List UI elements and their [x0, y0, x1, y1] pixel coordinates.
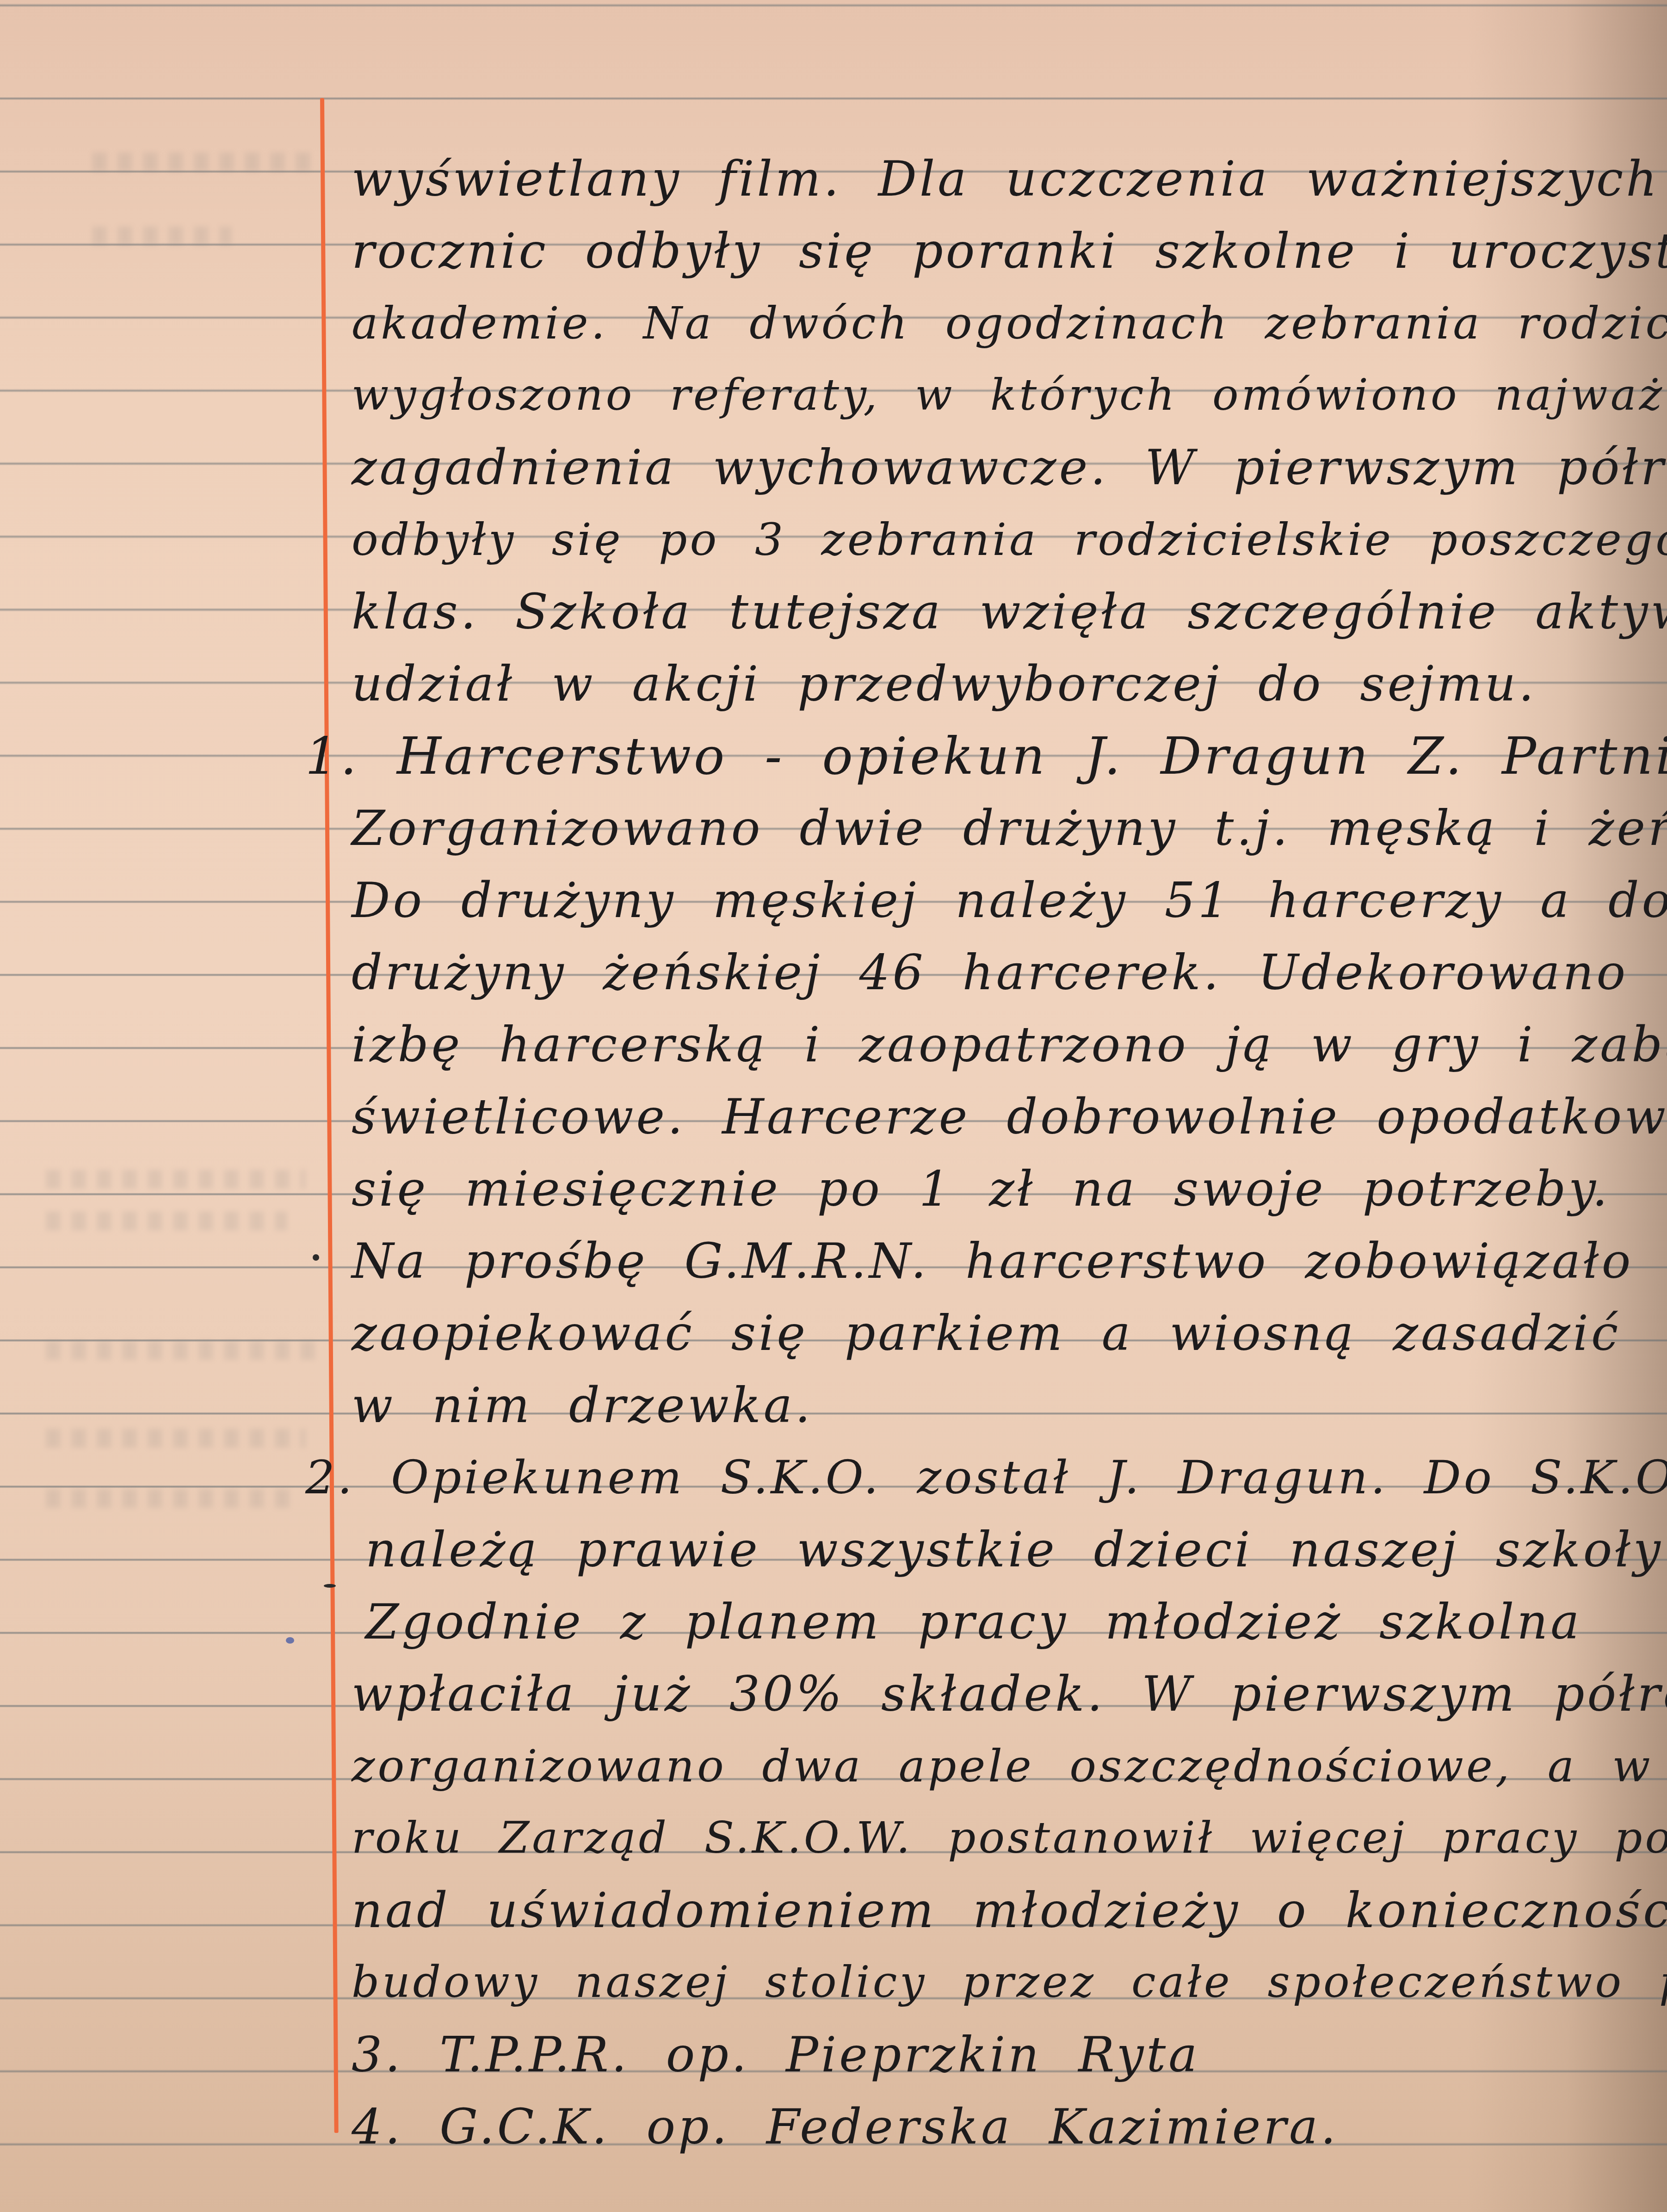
text-line: należą prawie wszystkie dzieci naszej sz…: [365, 1520, 1663, 1580]
text-line: się miesięcznie po 1 zł na swoje potrzeb…: [352, 1159, 1610, 1219]
text-line: zagadnienia wychowawcze. W pierwszym pół…: [352, 437, 1667, 498]
text-line: roku Zarząd S.K.O.W. postanowił więcej p…: [352, 1808, 1667, 1868]
section-heading-harcerstwo: 1. Harcerstwo - opiekun J. Dragun Z. Par…: [305, 726, 1667, 786]
text-line: zorganizowano dwa apele oszczędnościowe,…: [352, 1736, 1667, 1796]
text-line: w nim drzewka.: [352, 1375, 813, 1436]
notebook-page: wyświetlany film. Dla uczczenia ważniejs…: [0, 0, 1667, 2212]
text-line: akademie. Na dwóch ogodzinach zebrania r…: [352, 293, 1667, 353]
text-line: drużyny żeńskiej 46 harcerek. Udekorowan…: [352, 943, 1628, 1003]
text-line: świetlicowe. Harcerze dobrowolnie opodat…: [352, 1087, 1667, 1147]
text-line: odbyły się po 3 zebrania rodzicielskie p…: [352, 510, 1667, 570]
text-line: wyświetlany film. Dla uczczenia ważniejs…: [352, 149, 1660, 209]
text-line: nad uświadomieniem młodzieży o konieczno…: [352, 1880, 1667, 1941]
text-line: Na prośbę G.M.R.N. harcerstwo zobowiązał…: [352, 1231, 1667, 1291]
text-line: izbę harcerską i zaopatrzono ją w gry i …: [352, 1015, 1667, 1075]
text-line: zaopiekować się parkiem a wiosną zasadzi…: [352, 1303, 1621, 1363]
text-line: Zgodnie z planem pracy młodzież szkolna: [365, 1592, 1582, 1652]
text-line: udział w akcji przedwyborczej do sejmu.: [352, 654, 1537, 714]
text-line: wpłaciła już 30% składek. W pierwszym pó…: [352, 1664, 1667, 1724]
section-heading-gck: 4. G.C.K. op. Federska Kazimiera.: [352, 2097, 1339, 2157]
section-heading-tppr: 3. T.P.P.R. op. Pieprzkin Ryta: [352, 2025, 1200, 2085]
text-line: Do drużyny męskiej należy 51 harcerzy a …: [352, 870, 1667, 930]
text-line: Zorganizowano dwie drużyny t.j. męską i …: [352, 798, 1667, 858]
text-line: rocznic odbyły się poranki szkolne i uro…: [352, 221, 1667, 281]
text-line: budowy naszej stolicy przez całe społecz…: [352, 1953, 1667, 2013]
text-line: wygłoszono referaty, w których omówiono …: [352, 365, 1667, 425]
section-heading-sko: 2. Opiekunem S.K.O. został J. Dragun. Do…: [305, 1448, 1667, 1508]
text-line: klas. Szkoła tutejsza wzięła szczególnie…: [352, 582, 1667, 642]
handwritten-text: wyświetlany film. Dla uczczenia ważniejs…: [0, 0, 1667, 2212]
